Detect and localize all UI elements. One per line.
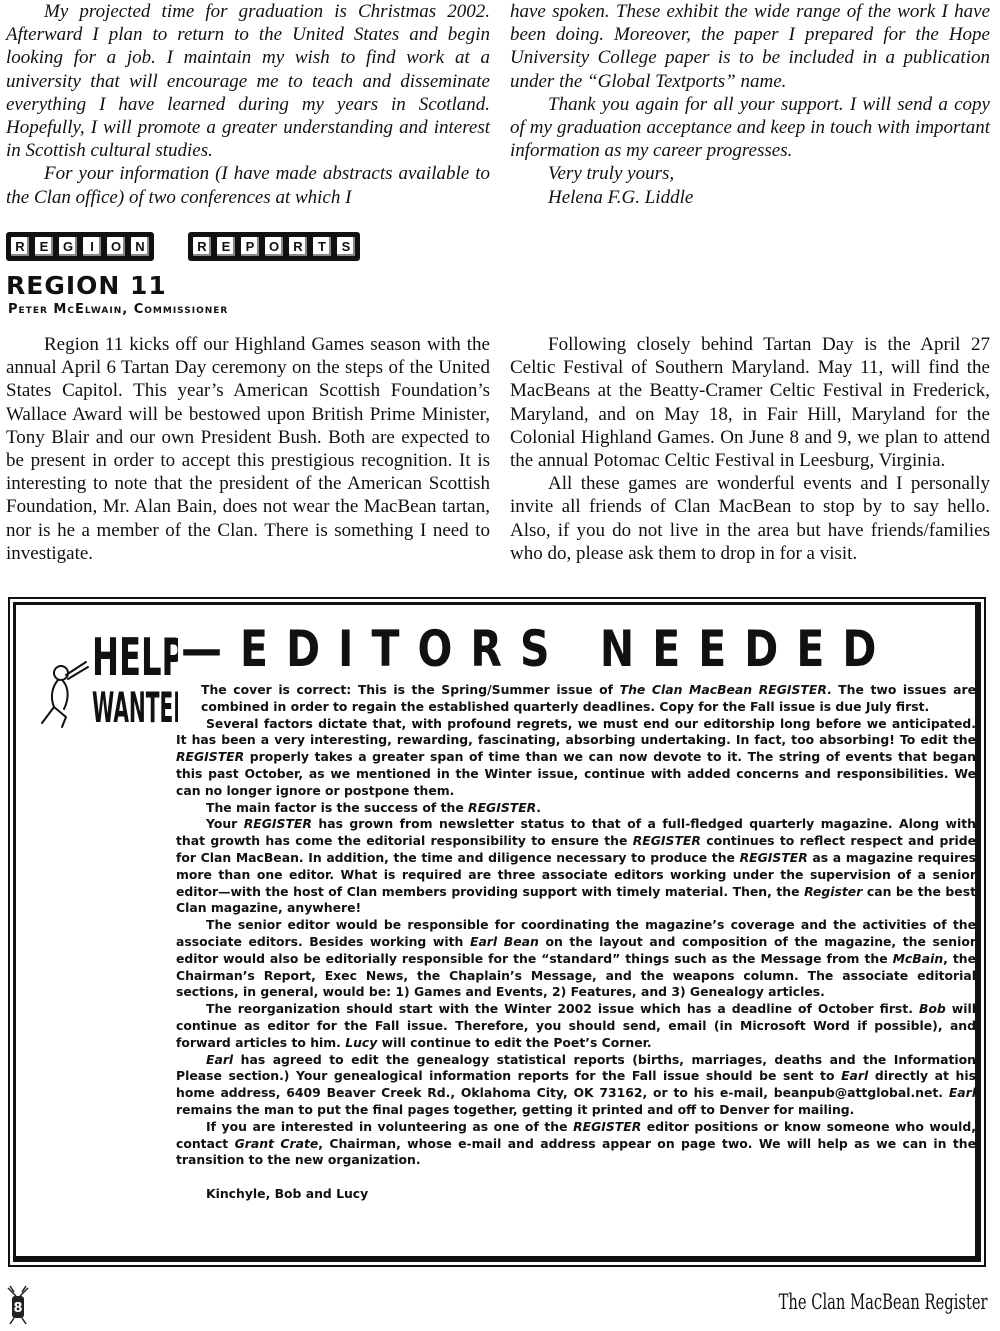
letter-column-left: My projected time for graduation is Chri…	[6, 0, 490, 209]
editors-paragraph: Your REGISTER has grown from newsletter …	[176, 816, 976, 917]
emphasis-text: Bob	[919, 1001, 946, 1016]
page-number: 8	[13, 1301, 22, 1316]
banner-word-reports: R E P O R T S	[188, 232, 360, 261]
body-text: Your	[206, 816, 244, 831]
byline-name: Peter McElwain,	[8, 302, 128, 317]
letter-tile: R	[287, 235, 309, 258]
section-banner-region-reports: R E G I O N R E P O R T S	[6, 232, 360, 261]
report-paragraph: Region 11 kicks off our Highland Games s…	[6, 333, 490, 565]
emphasis-text: Earl	[841, 1068, 868, 1083]
letter-tile: P	[239, 235, 261, 258]
emphasis-text: McBain	[893, 951, 944, 966]
region-title: REGION 11	[6, 272, 167, 300]
byline-role: Commissioner	[134, 302, 229, 317]
body-text: The main factor is the success of the	[206, 800, 468, 815]
letter-paragraph: Thank you again for all your support. I …	[510, 93, 990, 163]
editors-paragraph: The senior editor would be responsible f…	[176, 917, 976, 1001]
report-paragraph: All these games are wonderful events and…	[510, 472, 990, 565]
editors-needed-inner-frame: HELP WANTED —EDITORS NEEDED The cover is…	[13, 602, 981, 1262]
report-paragraph: Following closely behind Tartan Day is t…	[510, 333, 990, 472]
editors-signoff: Kinchyle, Bob and Lucy	[176, 1186, 976, 1203]
emphasis-text: Earl	[206, 1052, 233, 1067]
body-text: The reorganization should start with the…	[206, 1001, 919, 1016]
letter-column-right: have spoken. These exhibit the wide rang…	[510, 0, 990, 209]
letter-tile: N	[129, 235, 151, 258]
emphasis-text: REGISTER	[468, 800, 536, 815]
page-number-emblem: 8	[6, 1284, 30, 1326]
body-text: .	[536, 800, 541, 815]
emphasis-text: REGISTER	[244, 816, 312, 831]
editors-paragraph: The reorganization should start with the…	[176, 1001, 976, 1051]
letter-tile: O	[263, 235, 285, 258]
emphasis-text: Lucy	[345, 1035, 377, 1050]
letter-tile: I	[81, 235, 103, 258]
editors-paragraph: If you are interested in volunteering as…	[176, 1119, 976, 1169]
body-text: Several factors dictate that, with profo…	[176, 716, 976, 748]
editors-needed-body: The cover is correct: This is the Spring…	[176, 682, 976, 1203]
figure-pushing-sign-icon: HELP WANTED	[28, 617, 178, 729]
region-report-column-right: Following closely behind Tartan Day is t…	[510, 333, 990, 565]
letter-tile: G	[57, 235, 79, 258]
banner-word-region: R E G I O N	[6, 232, 154, 261]
emphasis-text: Register	[804, 884, 862, 899]
region-byline: Peter McElwain, Commissioner	[8, 302, 228, 317]
editors-paragraph: Several factors dictate that, with profo…	[176, 716, 976, 800]
emphasis-text: REGISTER	[176, 749, 244, 764]
letter-paragraph: have spoken. These exhibit the wide rang…	[510, 0, 990, 93]
letter-tile: T	[311, 235, 333, 258]
editors-paragraph: The main factor is the success of the RE…	[176, 800, 976, 817]
emphasis-text: REGISTER	[740, 850, 808, 865]
emphasis-text: Earl	[949, 1085, 976, 1100]
body-text: remains the man to put the final pages t…	[176, 1102, 854, 1117]
letter-tile: E	[33, 235, 55, 258]
editors-paragraph: Earl has agreed to edit the genealogy st…	[176, 1052, 976, 1119]
emphasis-text: REGISTER	[633, 833, 701, 848]
emphasis-text: Grant Crate	[235, 1136, 319, 1151]
emphasis-text: REGISTER	[573, 1119, 641, 1134]
letter-tile: O	[105, 235, 127, 258]
emphasis-text: The Clan MacBean REGISTER	[620, 682, 827, 697]
region-report-column-left: Region 11 kicks off our Highland Games s…	[6, 333, 490, 565]
letter-paragraph: For your information (I have made abstra…	[6, 162, 490, 208]
letter-closing: Very truly yours,	[510, 162, 990, 185]
letter-tile: E	[215, 235, 237, 258]
editors-needed-box: HELP WANTED —EDITORS NEEDED The cover is…	[8, 597, 986, 1267]
body-text: will continue to edit the Poet’s Corner.	[377, 1035, 651, 1050]
art-text-help: HELP	[92, 628, 178, 688]
help-wanted-illustration: HELP WANTED	[28, 617, 178, 729]
body-text: properly takes a greater span of time th…	[176, 749, 976, 798]
art-text-wanted: WANTED	[92, 682, 178, 729]
body-text: The cover is correct: This is the Spring…	[201, 682, 620, 697]
letter-tile: R	[191, 235, 213, 258]
editors-paragraph: The cover is correct: This is the Spring…	[201, 682, 976, 716]
letter-tile: R	[9, 235, 31, 258]
letter-paragraph: My projected time for graduation is Chri…	[6, 0, 490, 162]
letter-tile: S	[335, 235, 357, 258]
clan-crest-icon: 8	[6, 1284, 30, 1326]
emphasis-text: Earl Bean	[470, 934, 539, 949]
letter-signature: Helena F.G. Liddle	[510, 186, 990, 209]
editors-needed-headline: —EDITORS NEEDED	[181, 623, 895, 675]
publication-name: The Clan MacBean Register	[779, 1290, 988, 1314]
body-text: If you are interested in volunteering as…	[206, 1119, 573, 1134]
